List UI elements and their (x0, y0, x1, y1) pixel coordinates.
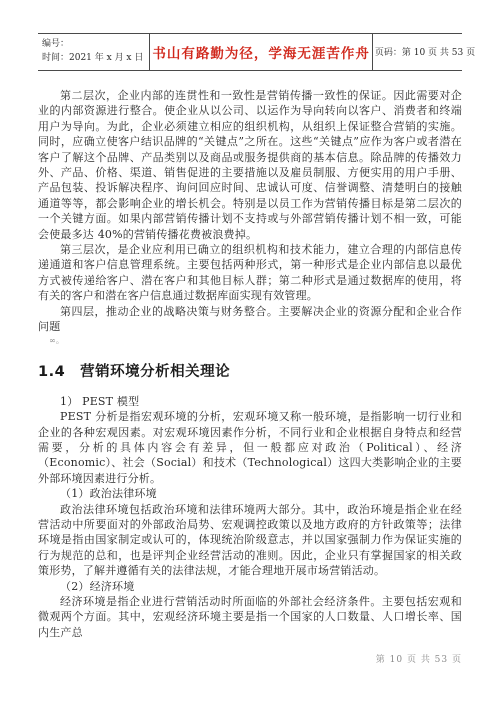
section-heading: 1.4 营销环境分析相关理论 (38, 365, 462, 380)
paragraph: 第二层次，企业内部的连贯性和一致性是营销传播一致性的保证。因此需要对企业的内部资… (38, 88, 462, 242)
footer-page-number: 第 10 页 共 53 页 (376, 652, 462, 665)
sub-item-heading: （1）政治法律环境 (38, 486, 462, 501)
paragraph: 第四层，推动企业的战略决策与财务整合。主要解决企业的资源分配和企业合作问题 (38, 304, 462, 335)
document-body: 第二层次，企业内部的连贯性和一致性是营销传播一致性的保证。因此需要对企业的内部资… (38, 88, 462, 640)
header-number-label: 编号： (42, 38, 143, 52)
header-page-cell: 页码：第 10 页 共 53 页 (373, 34, 477, 70)
paragraph: 政治法律环境包括政治环境和法律环境两大部分。其中，政治环境是指企业在经营活动中所… (38, 502, 462, 579)
sub-item-heading: （2）经济环境 (38, 579, 462, 594)
header-meta-cell: 编号： 时间：2021 年 x 月 x 日 (38, 34, 150, 70)
paragraph: 经济环境是指企业进行营销活动时所面临的外部社会经济条件。主要包括宏观和微观两个方… (38, 594, 462, 640)
header-motto-cell: 书山有路勤为径，学海无涯苦作舟 (150, 34, 373, 70)
paragraph: 第三层次，是企业应利用已确立的组织机构和技术能力，建立合理的内部信息传递通道和客… (38, 242, 462, 304)
header-page-info: 页码：第 10 页 共 53 页 (375, 45, 475, 58)
footnote-marker: ∞。 (38, 334, 462, 348)
header-motto-text: 书山有路勤为径，学海无涯苦作舟 (152, 42, 370, 62)
header-date-label: 时间：2021 年 x 月 x 日 (42, 52, 143, 66)
paragraph: PEST 分析是指宏观环境的分析，宏观环境又称一般环境，是指影响一切行业和企业的… (38, 409, 462, 486)
document-page: 编号： 时间：2021 年 x 月 x 日 书山有路勤为径，学海无涯苦作舟 页码… (0, 0, 500, 707)
list-item-heading: 1） PEST 模型 (38, 394, 462, 409)
page-header-table: 编号： 时间：2021 年 x 月 x 日 书山有路勤为径，学海无涯苦作舟 页码… (38, 33, 462, 71)
